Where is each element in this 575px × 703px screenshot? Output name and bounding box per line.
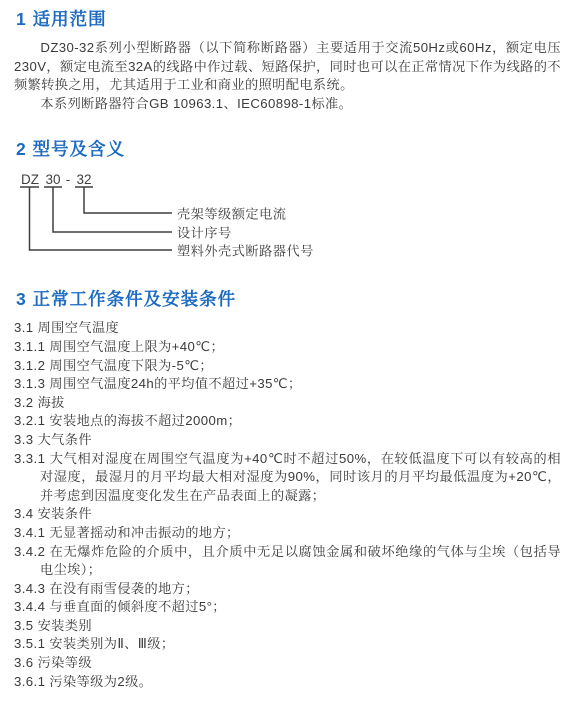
condition-item-3-4-2: 3.4.2 在无爆炸危险的介质中，且介质中无足以腐蚀金属和破坏绝缘的气体与尘埃（… — [14, 543, 561, 580]
section-1-paragraph-1: DZ30-32系列小型断路器（以下简称断路器）主要适用于交流50Hz或60Hz，… — [14, 39, 561, 95]
condition-item-3-4: 3.4 安装条件 — [14, 505, 561, 524]
model-designation-diagram: DZ 30 - 32 壳架等级额定电流 设计序号 塑料外壳式断路器代号 — [0, 172, 575, 264]
condition-item-3-3-1: 3.3.1 大气相对湿度在周围空气温度为+40℃时不超过50%，在较低温度下可以… — [14, 450, 561, 506]
section-1-paragraph-2: 本系列断路器符合GB 10963.1、IEC60898-1标准。 — [14, 95, 561, 114]
model-code-dash: - — [63, 172, 73, 187]
callout-design-number: 设计序号 — [177, 223, 232, 242]
section-3-heading: 3 正常工作条件及安装条件 — [16, 289, 575, 310]
condition-item-3-4-3: 3.4.3 在没有雨雪侵袭的地方； — [14, 580, 561, 599]
condition-item-3-4-4: 3.4.4 与垂直面的倾斜度不超过5°； — [14, 598, 561, 617]
condition-item-3-1: 3.1 周围空气温度 — [14, 319, 561, 338]
conditions-list: 3.1 周围空气温度 3.1.1 周围空气温度上限为+40℃； 3.1.2 周围… — [0, 319, 575, 691]
callout-frame-current: 壳架等级额定电流 — [177, 204, 287, 223]
section-1-heading: 1 适用范围 — [16, 0, 575, 30]
condition-item-3-5: 3.5 安装类别 — [14, 617, 561, 636]
condition-item-3-1-3: 3.1.3 周围空气温度24h的平均值不超过+35℃； — [14, 375, 561, 394]
condition-item-3-4-1: 3.4.1 无显著摇动和冲击振动的地方； — [14, 524, 561, 543]
condition-item-3-6: 3.6 污染等级 — [14, 654, 561, 673]
document-page: 1 适用范围 DZ30-32系列小型断路器（以下简称断路器）主要适用于交流50H… — [0, 0, 575, 703]
model-code-prefix: DZ — [20, 172, 40, 187]
condition-item-3-1-2: 3.1.2 周围空气温度下限为-5℃； — [14, 357, 561, 376]
condition-item-3-5-1: 3.5.1 安装类别为Ⅱ、Ⅲ级； — [14, 635, 561, 654]
condition-item-3-2-1: 3.2.1 安装地点的海拔不超过2000m； — [14, 412, 561, 431]
condition-item-3-2: 3.2 海拔 — [14, 394, 561, 413]
model-code-design-number: 30 — [44, 172, 62, 187]
condition-item-3-3: 3.3 大气条件 — [14, 431, 561, 450]
condition-item-3-6-1: 3.6.1 污染等级为2级。 — [14, 673, 561, 692]
condition-item-3-1-1: 3.1.1 周围空气温度上限为+40℃； — [14, 338, 561, 357]
model-code-frame-current: 32 — [75, 172, 93, 187]
section-2-heading: 2 型号及含义 — [16, 139, 575, 160]
callout-breaker-code: 塑料外壳式断路器代号 — [177, 241, 314, 260]
